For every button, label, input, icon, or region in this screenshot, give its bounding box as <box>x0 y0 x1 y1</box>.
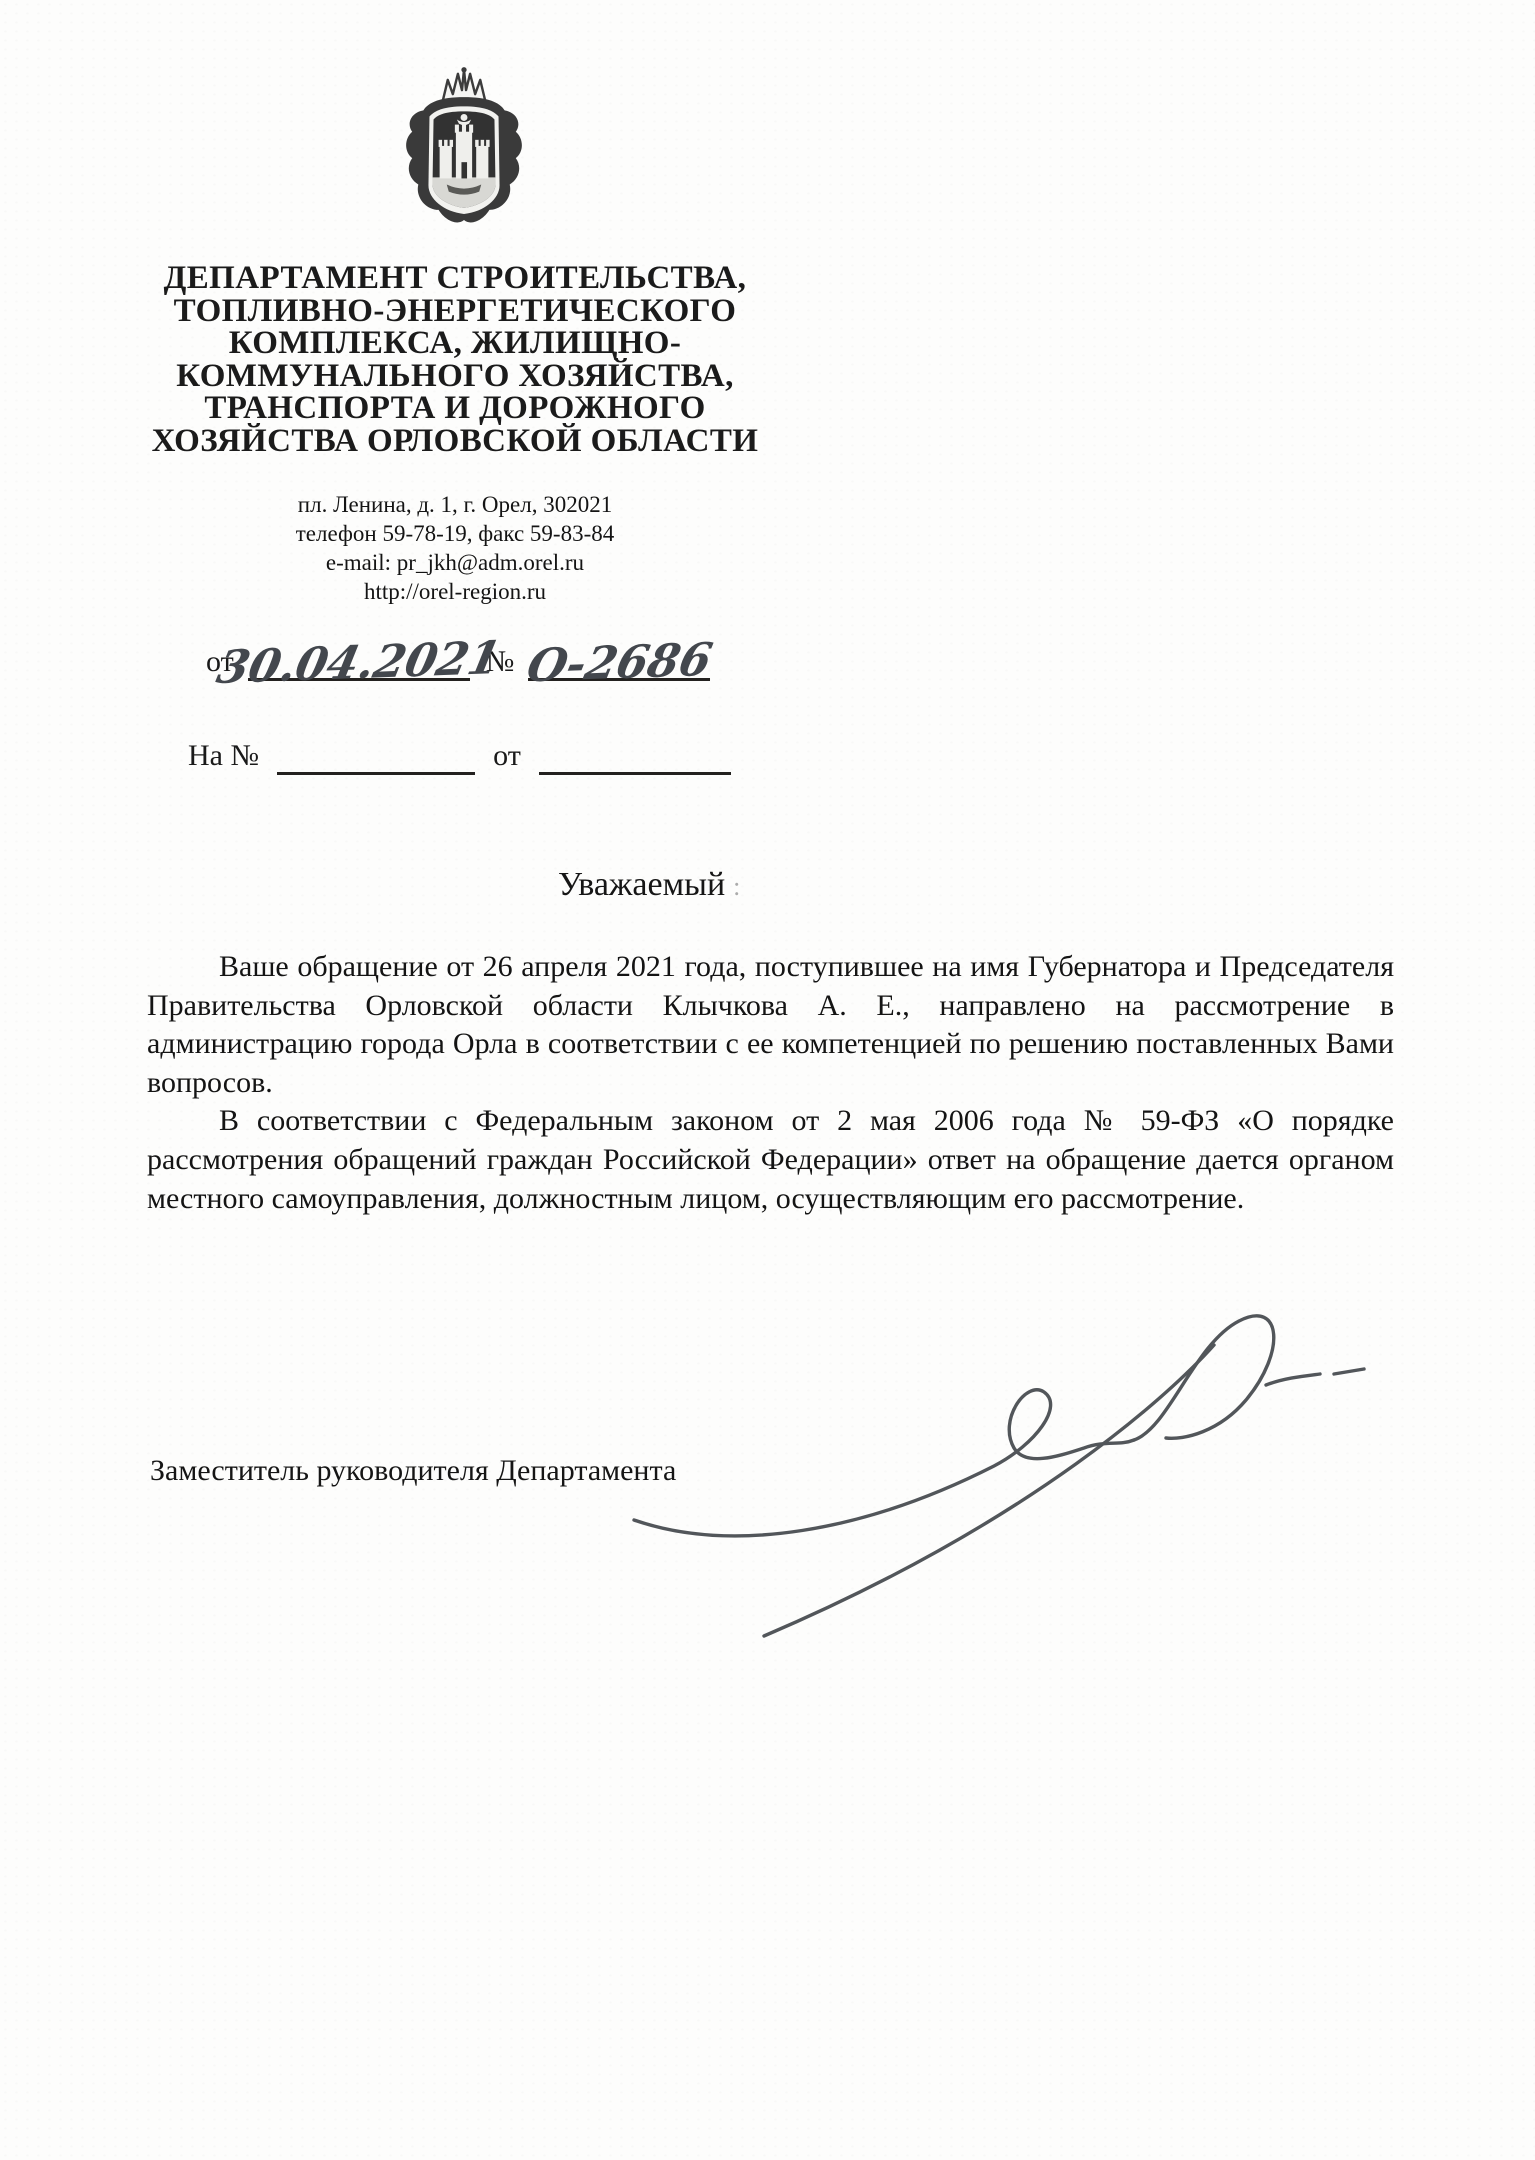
letter-page: ДЕПАРТАМЕНТ СТРОИТЕЛЬСТВА, ТОПЛИВНО-ЭНЕР… <box>0 0 1535 2160</box>
body-paragraph-2: В соответствии с Федеральным законом от … <box>147 1102 1394 1218</box>
greeting-line: Уважаемый: <box>558 866 740 904</box>
outgoing-ref-line: от 30.04.2021 № О-2686 <box>206 640 710 681</box>
body-paragraph-1: Ваше обращение от 26 апреля 2021 года, п… <box>147 948 1394 1102</box>
handwritten-signature <box>612 1288 1407 1658</box>
orel-oblast-coat-of-arms-icon <box>398 64 530 238</box>
org-name-line: ДЕПАРТАМЕНТ СТРОИТЕЛЬСТВА, <box>128 262 782 295</box>
outgoing-date-handwritten: 30.04.2021 <box>213 635 504 690</box>
email-line: e-mail: pr_jkh@adm.orel.ru <box>128 548 782 577</box>
letter-body: Ваше обращение от 26 апреля 2021 года, п… <box>147 948 1394 1218</box>
incoming-number-label: На № <box>188 739 259 775</box>
outgoing-number-handwritten: О-2686 <box>523 637 716 689</box>
website-line: http://orel-region.ru <box>128 577 782 606</box>
incoming-ref-line: На № от <box>188 736 731 775</box>
incoming-date-blank <box>539 736 731 775</box>
org-name-line: ХОЗЯЙСТВА ОРЛОВСКОЙ ОБЛАСТИ <box>128 425 782 458</box>
signer-title: Заместитель руководителя Департамента <box>150 1454 676 1488</box>
outgoing-number-line: О-2686 <box>528 640 710 681</box>
org-name-line: КОМПЛЕКСА, ЖИЛИЩНО- <box>128 327 782 360</box>
org-name-line: ТОПЛИВНО-ЭНЕРГЕТИЧЕСКОГО <box>128 295 782 328</box>
incoming-number-blank <box>277 736 475 775</box>
greeting-text: Уважаемый <box>558 866 725 903</box>
redacted-name-mark: : <box>733 872 740 901</box>
org-name-line: ТРАНСПОРТА И ДОРОЖНОГО <box>128 392 782 425</box>
org-name-block: ДЕПАРТАМЕНТ СТРОИТЕЛЬСТВА, ТОПЛИВНО-ЭНЕР… <box>128 262 782 457</box>
incoming-date-label: от <box>493 739 521 775</box>
address-line: пл. Ленина, д. 1, г. Орел, 302021 <box>128 490 782 519</box>
contact-block: пл. Ленина, д. 1, г. Орел, 302021 телефо… <box>128 490 782 606</box>
org-name-line: КОММУНАЛЬНОГО ХОЗЯЙСТВА, <box>128 360 782 393</box>
phone-fax-line: телефон 59-78-19, факс 59-83-84 <box>128 519 782 548</box>
outgoing-date-line: 30.04.2021 <box>248 640 470 681</box>
